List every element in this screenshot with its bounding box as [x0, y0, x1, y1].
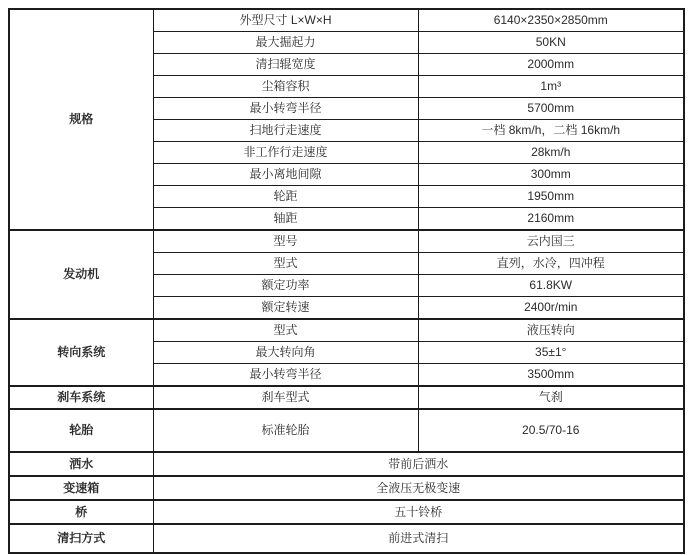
spec-table: 规格外型尺寸 L×W×H6140×2350×2850mm最大掘起力50KN清扫辊… — [8, 8, 685, 554]
spec-name-cell: 刹车型式 — [153, 386, 418, 409]
spec-value-cell: 一档 8km/h，二档 16km/h — [418, 120, 684, 142]
spec-value-cell: 气刹 — [418, 386, 684, 409]
spec-value-cell: 3500mm — [418, 364, 684, 387]
spec-value-cell: 1950mm — [418, 186, 684, 208]
spec-name-cell: 扫地行走速度 — [153, 120, 418, 142]
table-row: 刹车系统刹车型式气刹 — [9, 386, 684, 409]
spec-name-cell: 最大转向角 — [153, 342, 418, 364]
section-label: 桥 — [9, 500, 153, 524]
spec-name-cell: 最大掘起力 — [153, 32, 418, 54]
spec-value-cell: 35±1° — [418, 342, 684, 364]
spec-value-cell: 2160mm — [418, 208, 684, 231]
section-label: 转向系统 — [9, 319, 153, 386]
section-label: 发动机 — [9, 230, 153, 319]
spec-value-cell: 300mm — [418, 164, 684, 186]
spec-value-cell: 直列，水冷，四冲程 — [418, 253, 684, 275]
spec-name-cell: 最小转弯半径 — [153, 98, 418, 120]
spec-name-cell: 型式 — [153, 319, 418, 342]
spec-value-cell: 50KN — [418, 32, 684, 54]
table-row: 规格外型尺寸 L×W×H6140×2350×2850mm — [9, 9, 684, 32]
section-label: 轮胎 — [9, 409, 153, 452]
spec-name-cell: 尘箱容积 — [153, 76, 418, 98]
table-row: 清扫方式前进式清扫 — [9, 524, 684, 553]
merged-value-cell: 全液压无极变速 — [153, 476, 684, 500]
spec-name-cell: 最小离地间隙 — [153, 164, 418, 186]
spec-value-cell: 28km/h — [418, 142, 684, 164]
merged-value-cell: 带前后洒水 — [153, 452, 684, 476]
spec-value-cell: 2000mm — [418, 54, 684, 76]
spec-name-cell: 额定功率 — [153, 275, 418, 297]
spec-name-cell: 轮距 — [153, 186, 418, 208]
spec-name-cell: 最小转弯半径 — [153, 364, 418, 387]
spec-name-cell: 型号 — [153, 230, 418, 253]
table-row: 洒水带前后洒水 — [9, 452, 684, 476]
section-label: 刹车系统 — [9, 386, 153, 409]
spec-value-cell: 2400r/min — [418, 297, 684, 320]
table-row: 轮胎标准轮胎20.5/70-16 — [9, 409, 684, 452]
spec-value-cell: 云内国三 — [418, 230, 684, 253]
section-label: 清扫方式 — [9, 524, 153, 553]
table-row: 发动机型号云内国三 — [9, 230, 684, 253]
spec-value-cell: 5700mm — [418, 98, 684, 120]
spec-name-cell: 清扫辊宽度 — [153, 54, 418, 76]
section-label: 洒水 — [9, 452, 153, 476]
spec-table-body: 规格外型尺寸 L×W×H6140×2350×2850mm最大掘起力50KN清扫辊… — [9, 9, 684, 553]
spec-name-cell: 额定转速 — [153, 297, 418, 320]
spec-value-cell: 6140×2350×2850mm — [418, 9, 684, 32]
spec-value-cell: 20.5/70-16 — [418, 409, 684, 452]
spec-name-cell: 型式 — [153, 253, 418, 275]
spec-name-cell: 轴距 — [153, 208, 418, 231]
merged-value-cell: 前进式清扫 — [153, 524, 684, 553]
spec-name-cell: 标准轮胎 — [153, 409, 418, 452]
table-row: 变速箱全液压无极变速 — [9, 476, 684, 500]
spec-name-cell: 外型尺寸 L×W×H — [153, 9, 418, 32]
section-label: 变速箱 — [9, 476, 153, 500]
spec-sheet: 规格外型尺寸 L×W×H6140×2350×2850mm最大掘起力50KN清扫辊… — [0, 0, 692, 554]
spec-name-cell: 非工作行走速度 — [153, 142, 418, 164]
table-row: 转向系统型式液压转向 — [9, 319, 684, 342]
spec-value-cell: 1m³ — [418, 76, 684, 98]
table-row: 桥五十铃桥 — [9, 500, 684, 524]
merged-value-cell: 五十铃桥 — [153, 500, 684, 524]
section-label: 规格 — [9, 9, 153, 230]
spec-value-cell: 液压转向 — [418, 319, 684, 342]
spec-value-cell: 61.8KW — [418, 275, 684, 297]
